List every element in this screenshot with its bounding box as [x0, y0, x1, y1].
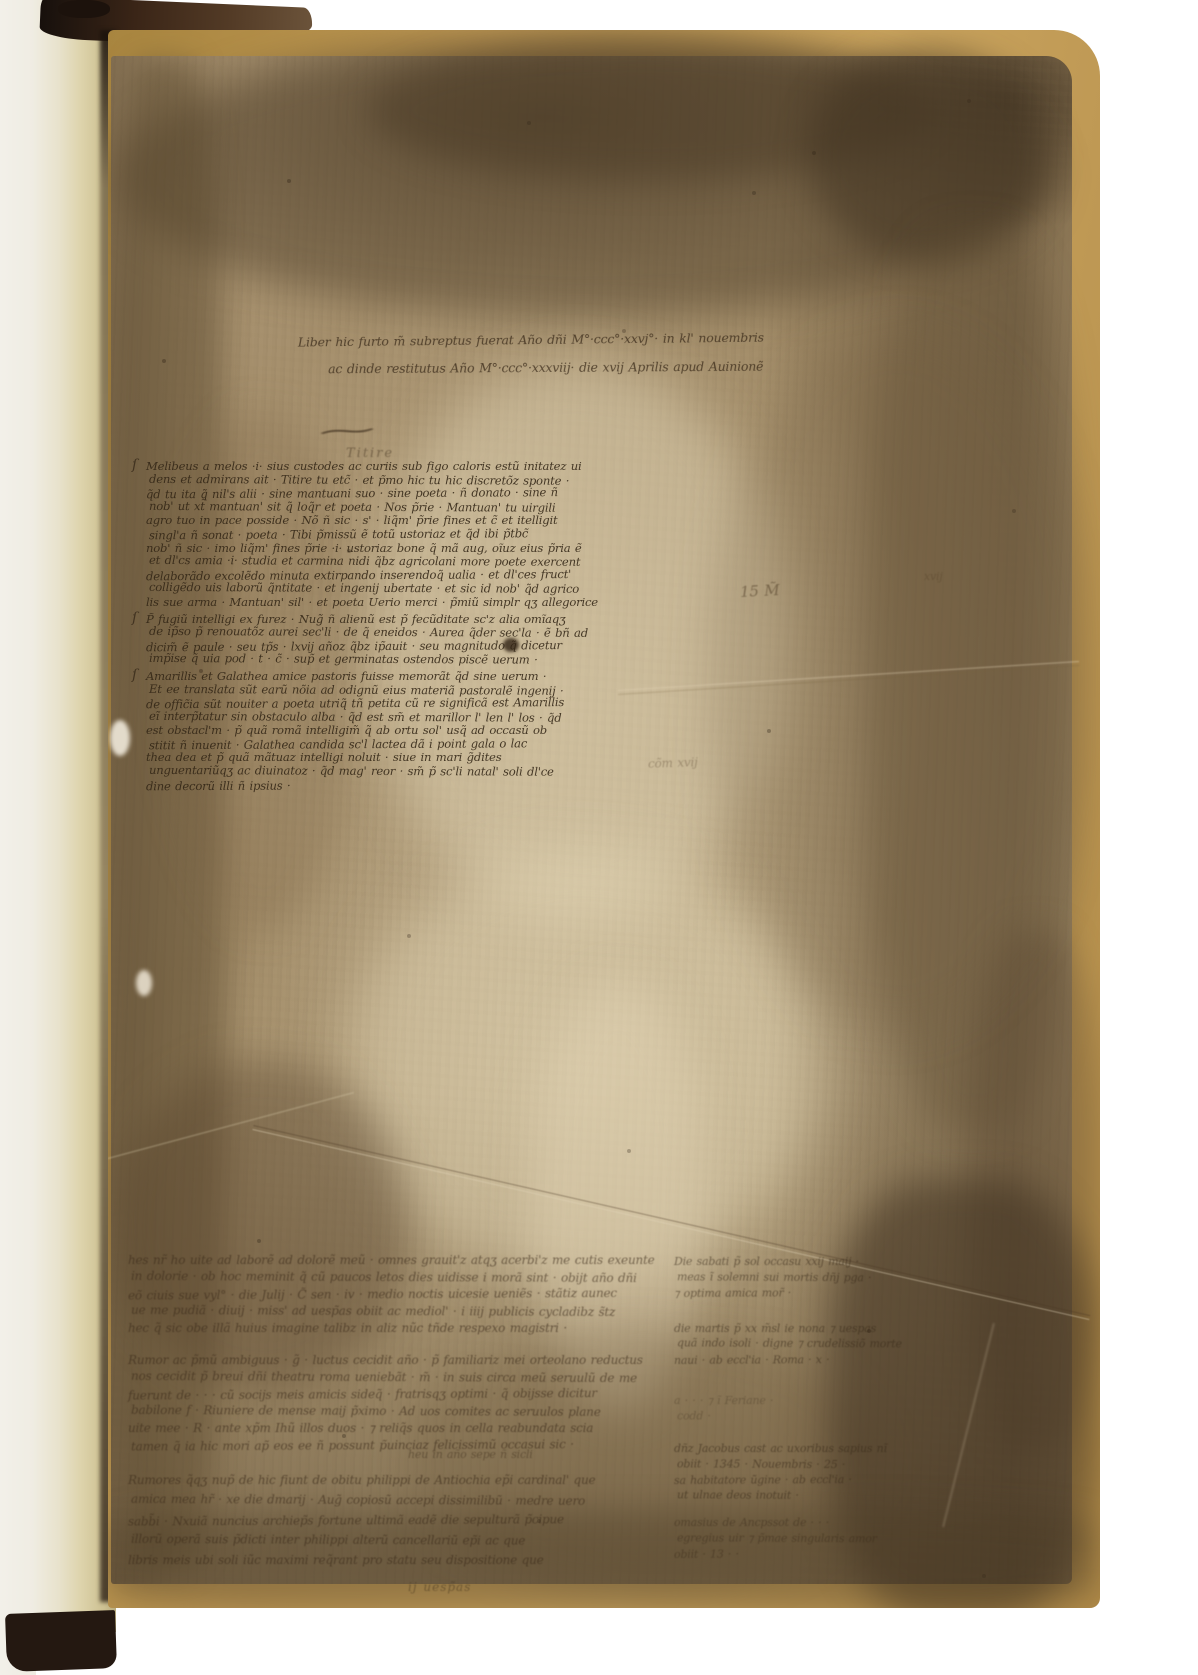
obituary-block: die martis p̃ xx m̃sl ie nona ⁊ uespasqu… [674, 1321, 1004, 1368]
manuscript-line: sa habitatore ũgine · ab eccl'ia · [674, 1471, 1004, 1488]
manuscript-line: hec q̃ sic obe illã huius imagine talibz… [128, 1320, 676, 1337]
damage-spot [110, 720, 130, 756]
manuscript-line: ue me pudiã · diuij · miss' ad uesp̃as o… [131, 1302, 676, 1321]
commentary-lines: Amarillis et Galathea amice pastoris fui… [146, 670, 640, 792]
manuscript-line: ut ulnae deos inotuit · [677, 1487, 1004, 1504]
manuscript-line: a · · · ⁊ ĩ Feriane · [674, 1393, 1004, 1409]
obituary-block: dñz Jacobus cast ac uxoribus sapius nĩob… [674, 1441, 1004, 1503]
manuscript-line: ac dinde restitutus Año M°·ccc°·xxxviij·… [328, 352, 778, 383]
commentary-lines: P̃ fugiũ intelligi ex furez · Nug̃ ñ ali… [146, 613, 640, 667]
manuscript-line: quã indo isoli · digne ⁊ crudelissiõ mor… [677, 1335, 1004, 1352]
commentary-lines: Melibeus a melos ·i· sius custodes ac cu… [146, 460, 640, 610]
obituary-block: Die sabati p̃ sol occasu xxij maij ·meas… [674, 1254, 1004, 1301]
manuscript-line: Die sabati p̃ sol occasu xxij maij · [674, 1254, 1004, 1270]
manuscript-line: Rumores q̃qʒ nup̃ de hic fiunt de obitu … [128, 1470, 676, 1490]
margin-note: xvij [924, 570, 943, 583]
manuscript-line: egregius uir ⁊ p̃mae singularis amor [677, 1530, 1004, 1547]
manuscript-line: dine decorũ illi ñ ipsius · [146, 777, 640, 793]
obituary-notes-right-column: Die sabati p̃ sol occasu xxij maij ·meas… [674, 1254, 1004, 1562]
manuscript-line: naui · ab eccl'ia · Roma · x · [674, 1351, 1004, 1368]
virgil-commentary: ſ Melibeus a melos ·i· sius custodes ac … [146, 460, 640, 795]
manuscript-line: libris meis ubi soli iũc maximi req̃rant… [128, 1550, 676, 1570]
manuscript-line: agro tuo in pace posside · Nõ ñ sic · s'… [146, 514, 640, 528]
manuscript-line: die martis p̃ xx m̃sl ie nona ⁊ uespas [674, 1321, 1004, 1337]
manuscript-line: imp̃ise q̃ uia pod · t · c̃ · sup̃ et ge… [149, 652, 640, 668]
paragraph-mark: ſ [132, 612, 137, 626]
flourish-mark: ⁓ [315, 415, 378, 448]
paragraph-mark: ſ [132, 459, 137, 473]
obituary-block: a · · · ⁊ ĩ Feriane ·codd · [674, 1393, 1004, 1424]
manuscript-line: babilone f · Riuniere de mense maij p̃xi… [131, 1402, 676, 1421]
manuscript-line: lis sue arma · Mantuan' sil' · et poeta … [146, 596, 640, 610]
obituary-block: hes nr̃ ho uite ad laborẽ ad dolorẽ meũ … [128, 1252, 676, 1337]
parchment-stain [808, 50, 1048, 260]
manuscript-line: Liber hic furto m̃ subreptus fuerat Año … [298, 323, 778, 356]
manuscript-line: omasius de Ancpssot de · · · [674, 1515, 1004, 1531]
manuscript-line: illorũ operã suis p̃dicti inter philippi… [131, 1529, 676, 1551]
theft-restitution-note: Liber hic furto m̃ subreptus fuerat Año … [298, 323, 779, 384]
manuscript-line: obiit · 13 · · [674, 1545, 1004, 1562]
manuscript-line: Rumor ac p̃mũ ambiguus · g̃ · luctus cec… [128, 1352, 676, 1369]
obituary-inset-note: heu in año sepe ñ sicli [408, 1448, 533, 1461]
manuscript-line: ⁊ optima amica mor̃ · [674, 1284, 1004, 1301]
ink-specks [108, 30, 110, 32]
manuscript-line: meas ĩ solemni sui mortis dñj pga · [677, 1269, 1004, 1286]
damage-spot [136, 970, 152, 996]
manuscript-line: amica mea hr̃ · xe die dmarij · Aug̃ cop… [131, 1489, 676, 1511]
manuscript-line: colligẽdo uis laborũ q̃ntitate · et inge… [149, 581, 640, 597]
photo-background-strip [0, 0, 36, 1675]
manuscript-line: est obstacl'm · p̃ quã romã intelligim̃ … [146, 724, 640, 738]
margin-note: 15 M̃ [740, 581, 780, 601]
leather-headband-knob [58, 0, 110, 18]
manuscript-line: eĩ interp̃tatur sin obstaculo alba · q̃d… [149, 710, 640, 726]
manuscript-line: tamen q̃ ia hic mori ap̃ eos ee ñ possun… [131, 1436, 676, 1456]
manuscript-line: singl'a ñ sonat · poeta · Tibi p̃missũ ẽ… [149, 527, 640, 543]
leather-cover-corner [5, 1610, 117, 1672]
manuscript-line: obiit · 1345 · Nouembris · 25 · [677, 1456, 1004, 1473]
obituary-block: Rumores q̃qʒ nup̃ de hic fiunt de obitu … [128, 1470, 676, 1570]
obituary-block: omasius de Ancpssot de · · ·egregius uir… [674, 1515, 1004, 1562]
commentary-section: ſ P̃ fugiũ intelligi ex furez · Nug̃ ñ a… [146, 613, 640, 667]
manuscript-photo: Liber hic furto m̃ subreptus fuerat Año … [0, 0, 1198, 1675]
foot-note: ij uesp̃as [408, 1580, 471, 1594]
manuscript-line: uite mee · R · ante xp̃m Ihũ illos duos … [128, 1420, 676, 1437]
manuscript-line: codd · [677, 1408, 1004, 1425]
commentary-section: ſ Amarillis et Galathea amice pastoris f… [146, 670, 640, 792]
commentary-section: ſ Melibeus a melos ·i· sius custodes ac … [146, 460, 640, 610]
margin-note: cõm xvij [648, 755, 698, 771]
obituary-block: Rumor ac p̃mũ ambiguus · g̃ · luctus cec… [128, 1352, 676, 1454]
manuscript-line: hes nr̃ ho uite ad laborẽ ad dolorẽ meũ … [128, 1252, 676, 1269]
paragraph-mark: ſ [132, 669, 137, 683]
manuscript-line: sabb̃i · Nxuiã nuncius archiep̃s fortune… [128, 1509, 676, 1532]
manuscript-line: dñz Jacobus cast ac uxoribus sapius nĩ [674, 1441, 1004, 1457]
obituary-notes-left-column: hes nr̃ ho uite ad laborẽ ad dolorẽ meũ … [128, 1252, 676, 1570]
parchment-leaf: Liber hic furto m̃ subreptus fuerat Año … [108, 30, 1100, 1608]
manuscript-line: stitit ñ inuenit · Galathea candida sc'l… [149, 737, 640, 753]
manuscript-line: nob' ut xt̃ mantuan' sit q̃ loq̃r et poe… [149, 500, 640, 516]
